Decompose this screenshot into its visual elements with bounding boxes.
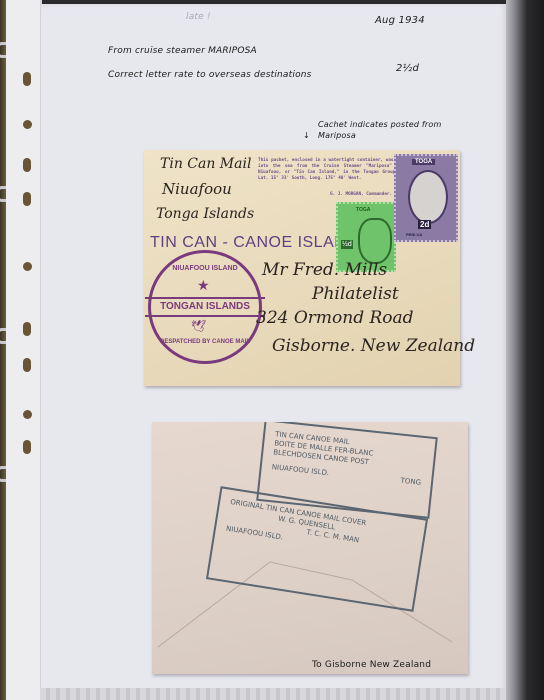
punch-hole — [23, 322, 31, 336]
cachet-footer-right: TONG — [400, 477, 421, 488]
sleeve-punch-strip — [6, 0, 42, 700]
sleeve-edge — [506, 0, 544, 700]
address-line: Mr Fred. Mills — [262, 260, 387, 280]
rate-note: 2½d — [396, 63, 419, 74]
coat-of-arms-icon — [358, 218, 392, 264]
stamp-country: TOGA — [356, 207, 370, 213]
punch-hole — [23, 120, 32, 129]
cachet-note-arrow: ↓ — [303, 131, 310, 140]
punch-hole — [23, 358, 31, 372]
stamp-twopence: TOGA 2d PENI UA — [394, 154, 458, 242]
cachet-note-1: Cachet indicates posted from — [318, 120, 441, 129]
punch-hole — [23, 410, 32, 419]
stamp-value: 2d — [418, 220, 431, 229]
line-handstamp: TIN CAN - CANOE ISLAND — [150, 234, 358, 252]
cachet-signature: G. J. MORGAN, Commander. — [330, 192, 392, 197]
postmark-top: NIUAFOOU ISLAND — [165, 265, 245, 272]
stamp-value: ½d — [341, 240, 353, 249]
queen-portrait-icon — [408, 170, 448, 224]
bottom-caption: To Gisborne New Zealand — [312, 660, 431, 670]
stamp-country: TOGA — [412, 159, 435, 165]
manuscript-line: Tonga Islands — [156, 206, 254, 222]
manuscript-line: Niuafoou — [162, 180, 232, 198]
punch-hole — [23, 72, 31, 86]
note-line-2: Correct letter rate to overseas destinat… — [108, 70, 312, 80]
address-line: Gisborne. New Zealand — [272, 336, 475, 356]
punch-hole — [23, 262, 32, 271]
postmark-bottom: DESPATCHED BY CANOE MAIL — [155, 339, 255, 345]
star-icon: ★ — [197, 277, 210, 294]
sleeve-bottom-strip — [40, 688, 506, 700]
postmark-band: TONGAN ISLANDS — [145, 297, 265, 317]
punch-hole — [23, 192, 31, 206]
punch-hole — [23, 440, 31, 454]
punch-hole — [23, 158, 31, 172]
bird-icon: 🕊 — [191, 319, 206, 333]
cachet-note-2: Mariposa — [318, 131, 356, 140]
canoe-mail-postmark: NIUAFOOU ISLAND ★ TONGAN ISLANDS 🕊 DESPA… — [148, 250, 262, 364]
manuscript-line: Tin Can Mail — [160, 156, 251, 172]
note-line-1: From cruise steamer MARIPOSA — [108, 46, 257, 56]
date-note: Aug 1934 — [375, 15, 425, 26]
pencil-note: late ! — [186, 12, 211, 22]
cover-back: TIN CAN CANOE MAIL BOITE DE MALLE FER-BL… — [152, 422, 468, 674]
address-line: 324 Ormond Road — [256, 308, 414, 328]
stamp-footer: PENI UA — [406, 232, 422, 237]
cover-front: This packet, enclosed in a watertight co… — [144, 150, 460, 386]
cachet-footer-left: NIUAFOOU ISLD. — [271, 463, 329, 478]
address-line: Philatelist — [312, 284, 399, 304]
ship-cachet: This packet, enclosed in a watertight co… — [258, 158, 404, 182]
